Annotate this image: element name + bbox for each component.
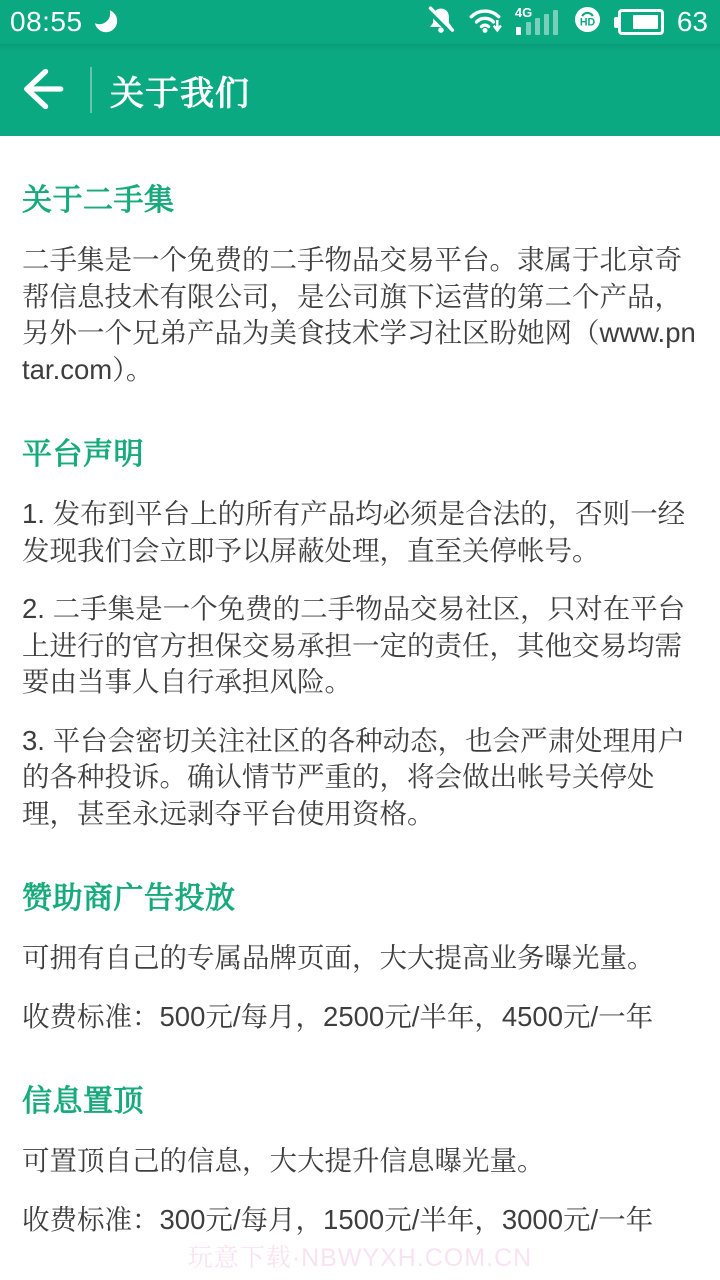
section-heading: 平台声明 xyxy=(22,436,698,474)
hd-volte-icon: HD xyxy=(574,6,601,38)
content-scroll-area[interactable]: 关于二手集二手集是一个免费的二手物品交易平台。隶属于北京奇帮信息技术有限公司，是… xyxy=(0,136,720,1280)
battery-icon xyxy=(614,9,664,35)
watermark-text: 玩意下载·NBWYXH.COM.CN xyxy=(0,1238,720,1274)
content-section: 信息置顶可置顶自己的信息，大大提升信息曝光量。收费标准：300元/每月，1500… xyxy=(22,1083,698,1238)
page-title: 关于我们 xyxy=(110,66,250,115)
bell-muted-icon xyxy=(427,5,455,40)
content-section: 赞助商广告投放可拥有自己的专属品牌页面，大大提高业务曝光量。收费标准：500元/… xyxy=(22,880,698,1035)
content-section: 关于二手集二手集是一个免费的二手物品交易平台。隶属于北京奇帮信息技术有限公司，是… xyxy=(22,182,698,388)
content-sections: 关于二手集二手集是一个免费的二手物品交易平台。隶属于北京奇帮信息技术有限公司，是… xyxy=(22,182,698,1238)
section-paragraph: 2. 二手集是一个免费的二手物品交易社区，只对在平台上进行的官方担保交易承担一定… xyxy=(22,591,698,701)
signal-bars-icon: 4G xyxy=(515,7,561,37)
section-paragraph: 可置顶自己的信息，大大提升信息曝光量。 xyxy=(22,1143,698,1180)
status-right: 4G HD 63 xyxy=(427,5,708,40)
section-heading: 赞助商广告投放 xyxy=(22,880,698,918)
content-section: 平台声明1. 发布到平台上的所有产品均必须是合法的，否则一经发现我们会立即予以屏… xyxy=(22,436,698,832)
wifi-icon xyxy=(468,6,502,39)
section-paragraph: 1. 发布到平台上的所有产品均必须是合法的，否则一经发现我们会立即予以屏蔽处理，… xyxy=(22,496,698,569)
back-button[interactable] xyxy=(14,55,84,125)
section-paragraph: 收费标准：500元/每月，2500元/半年，4500元/一年 xyxy=(22,999,698,1036)
section-paragraph: 可拥有自己的专属品牌页面，大大提高业务曝光量。 xyxy=(22,940,698,977)
section-paragraph: 收费标准：300元/每月，1500元/半年，3000元/一年 xyxy=(22,1202,698,1239)
section-paragraph: 3. 平台会密切关注社区的各种动态，也会严肃处理用户的各种投诉。确认情节严重的，… xyxy=(22,723,698,833)
network-type-label: 4G xyxy=(515,6,532,19)
status-bar: 08:55 xyxy=(0,0,720,44)
svg-text:HD: HD xyxy=(580,16,596,28)
appbar-divider xyxy=(90,67,92,113)
section-heading: 信息置顶 xyxy=(22,1083,698,1121)
battery-fill xyxy=(633,15,658,29)
section-paragraph: 二手集是一个免费的二手物品交易平台。隶属于北京奇帮信息技术有限公司，是公司旗下运… xyxy=(22,242,698,388)
status-left: 08:55 xyxy=(10,5,120,40)
moon-icon xyxy=(90,5,120,40)
app-bar: 关于我们 xyxy=(0,44,720,136)
section-heading: 关于二手集 xyxy=(22,182,698,220)
back-arrow-icon xyxy=(14,61,70,120)
status-time: 08:55 xyxy=(10,6,83,38)
battery-percent-text: 63 xyxy=(677,6,708,38)
